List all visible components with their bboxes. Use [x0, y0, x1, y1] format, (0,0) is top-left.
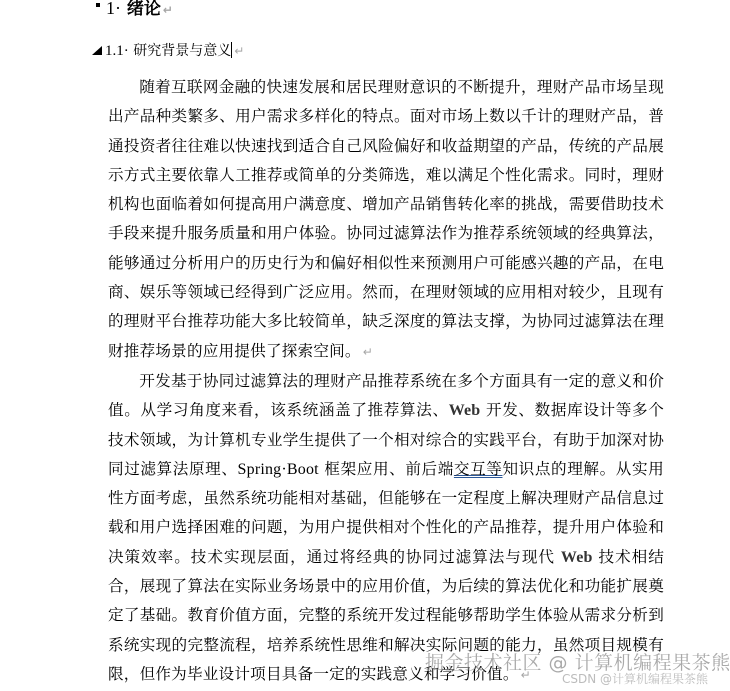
paragraph-text: 随着互联网金融的快速发展和居民理财意识的不断提升，理财产品市场呈现出产品种类繁多…: [108, 78, 664, 360]
heading2-title: 研究背景与意义: [133, 43, 231, 59]
paragraph-mark-icon: ↵: [163, 3, 173, 17]
watermark-csdn: CSDN @计算机编程果茶熊: [562, 670, 708, 687]
term-spring-boot: Spring·Boot: [238, 461, 319, 478]
paragraph-background[interactable]: 随着互联网金融的快速发展和居民理财意识的不断提升，理财产品市场呈现出产品种类繁多…: [108, 73, 664, 367]
term-web: Web: [449, 402, 481, 419]
heading-level-1[interactable]: 1· 绪论↵: [96, 0, 173, 22]
heading1-title: 绪论: [127, 0, 161, 19]
collapse-triangle-icon[interactable]: [92, 46, 102, 55]
paragraph-mark-icon: ↵: [363, 345, 373, 359]
paragraph-significance[interactable]: 开发基于协同过滤算法的理财产品推荐系统在多个方面具有一定的意义和价值。从学习角度…: [108, 367, 664, 690]
heading1-number: 1·: [106, 0, 121, 18]
grammar-underline[interactable]: 交互等: [454, 460, 503, 478]
heading-bullet-icon: [96, 3, 100, 7]
term-web: Web: [561, 549, 593, 566]
text-cursor: [231, 42, 232, 58]
paragraph-text: 框架应用、前后端: [319, 460, 454, 478]
document-body[interactable]: 随着互联网金融的快速发展和居民理财意识的不断提升，理财产品市场呈现出产品种类繁多…: [108, 73, 664, 690]
heading2-number: 1.1·: [105, 43, 129, 59]
paragraph-mark-icon: ↵: [234, 44, 244, 58]
heading-level-2[interactable]: 1.1· 研究背景与意义↵: [92, 40, 244, 62]
document-page[interactable]: 1· 绪论↵ 1.1· 研究背景与意义↵ 随着互联网金融的快速发展和居民理财意识…: [0, 0, 730, 691]
